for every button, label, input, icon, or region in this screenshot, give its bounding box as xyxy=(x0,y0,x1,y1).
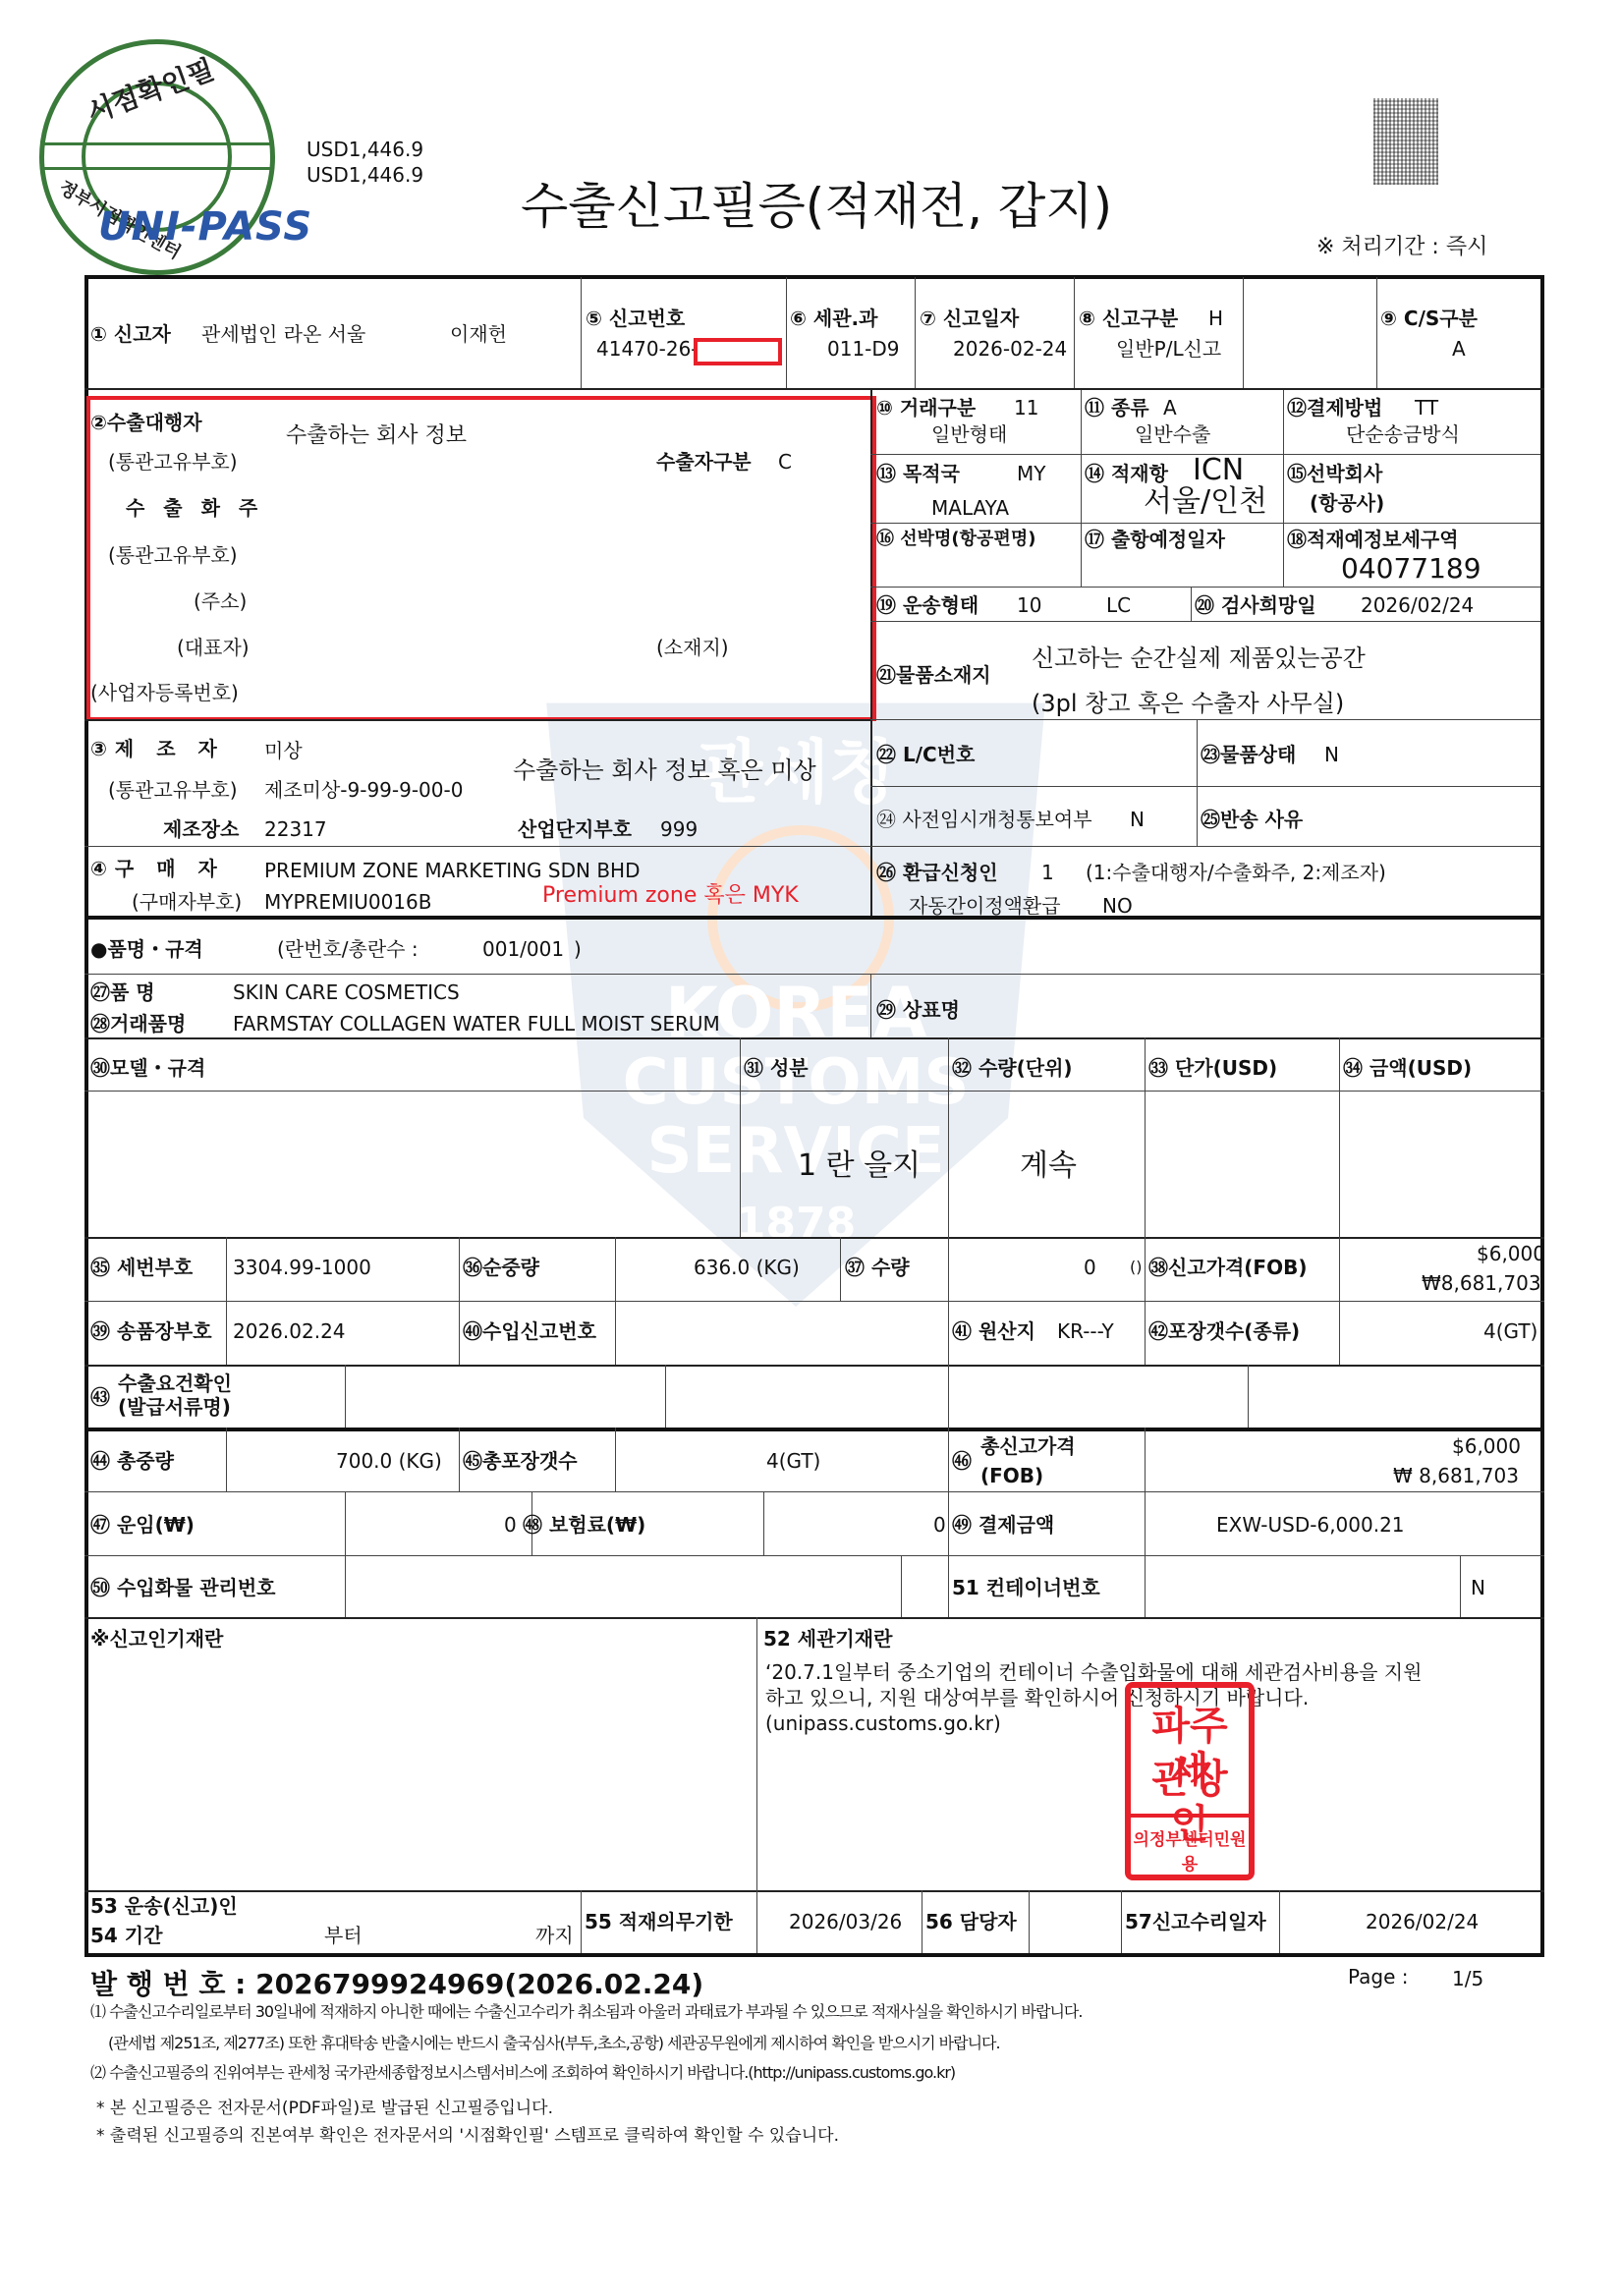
import-cargo-label: ㊿ 수입화물 관리번호 xyxy=(90,1576,276,1599)
note-2: ⑵ 수출신고필증의 진위여부는 관세청 국가관세종합정보시스템서비스에 조회하여… xyxy=(90,2061,955,2085)
cs-label: ⑨ C/S구분 xyxy=(1380,307,1478,330)
decl-no-label: ⑤ 신고번호 xyxy=(586,307,685,330)
decl-date-value: 2026-02-24 xyxy=(953,337,1067,361)
total-fob-krw: ₩ 8,681,703 xyxy=(1393,1464,1519,1487)
total-fob-label-2: (FOB) xyxy=(980,1464,1043,1487)
page-title: 수출신고필증(적재전, 갑지) xyxy=(521,177,1112,236)
gross-weight-label: ㊹ 총중량 xyxy=(90,1449,174,1473)
req-label-1: 수출요건확인 xyxy=(118,1372,232,1395)
item-section-label: ●품명・규격 xyxy=(90,937,203,961)
net-weight-label: ㊱순중량 xyxy=(463,1256,539,1279)
qty-unit: () xyxy=(1130,1256,1142,1279)
decl-type-code: H xyxy=(1208,307,1223,330)
hs-value: 3304.99-1000 xyxy=(233,1256,371,1279)
redacted-box xyxy=(694,338,782,365)
auto-refund-value: NO xyxy=(1102,894,1133,918)
unipass-logo: UNI-PASS xyxy=(98,204,312,250)
total-fob-label-1: 총신고가격 xyxy=(980,1434,1076,1458)
origin-label: ㊶ 원산지 xyxy=(952,1319,1035,1343)
continued-label-2: 계속 xyxy=(1020,1149,1077,1183)
cs-value: A xyxy=(1452,337,1466,361)
line-no-value: 001/001 xyxy=(482,937,564,961)
customs-remarks-link[interactable]: (unipass.customs.go.kr) xyxy=(765,1711,1001,1735)
port-code: ICN xyxy=(1193,454,1244,487)
settle-value: EXW-USD-6,000.21 xyxy=(1216,1513,1405,1537)
buyer-label: ④구 매 자 xyxy=(90,857,225,880)
line-no-label: (란번호/총란수 : xyxy=(277,937,419,961)
transport-label: ⑲ 운송형태 xyxy=(876,593,978,617)
goods-location-line2: (3pl 창고 혹은 수출자 사무실) xyxy=(1032,690,1344,717)
declarant-person: 이재헌 xyxy=(450,322,507,346)
amount-line-2: USD1,446.9 xyxy=(307,163,423,187)
owner-id-label: (통관고유부호) xyxy=(108,543,238,567)
qty-label: ㊲ 수량 xyxy=(845,1256,910,1279)
kind-value: 일반수출 xyxy=(1135,422,1210,446)
note-4: * 출력된 신고필증의 진본여부 확인은 전자문서의 '시점확인필' 스템프로 … xyxy=(96,2124,839,2148)
kind-label: ⑪ 종류 xyxy=(1085,396,1149,420)
accept-date-label: 57신고수리일자 xyxy=(1125,1910,1266,1933)
trade-type-value: 일반형태 xyxy=(931,422,1007,446)
payment-value: 단순송금방식 xyxy=(1346,422,1460,446)
carrier-label: 53 운송(신고)인 xyxy=(90,1894,238,1918)
bonded-value: 04077189 xyxy=(1341,553,1481,585)
manufacturer-place-value: 22317 xyxy=(264,817,327,841)
col-ingredient: ㉛ 성분 xyxy=(744,1056,809,1080)
inspect-label: ⑳ 검사희망일 xyxy=(1195,593,1316,617)
container-label: 51 컨테이너번호 xyxy=(952,1576,1100,1599)
fob-label: ㊳신고가격(FOB) xyxy=(1148,1256,1307,1279)
agent-note: 수출하는 회사 정보 xyxy=(286,424,467,448)
buyer-id-label: (구매자부호) xyxy=(132,890,242,914)
dest-label: ⑬ 목적국 xyxy=(876,462,960,485)
fob-krw: ₩8,681,703 xyxy=(1422,1271,1541,1295)
insurance-label: ㊽ 보험료(₩) xyxy=(523,1513,645,1537)
pkg-value: 4(GT) xyxy=(1483,1319,1537,1343)
decl-date-label: ⑦ 신고일자 xyxy=(920,307,1019,330)
qty-value: 0 xyxy=(1084,1256,1096,1279)
accept-date-value: 2026/02/24 xyxy=(1366,1910,1479,1933)
payment-code: TT xyxy=(1415,396,1438,420)
freight-value: 0 xyxy=(504,1513,517,1537)
inspect-value: 2026/02/24 xyxy=(1361,593,1474,617)
note-3: * 본 신고필증은 전자문서(PDF파일)로 발급된 신고필증입니다. xyxy=(96,2097,553,2120)
brand-label: ㉙ 상표명 xyxy=(876,998,960,1022)
total-fob-num: ㊻ xyxy=(952,1449,972,1473)
return-reason-label: ㉕반송 사유 xyxy=(1201,808,1303,831)
total-pkg-value: 4(GT) xyxy=(766,1449,820,1473)
goods-location-line1: 신고하는 순간실제 제품있는공간 xyxy=(1032,644,1366,672)
origin-value: KR---Y xyxy=(1057,1319,1114,1343)
settle-label: ㊾ 결제금액 xyxy=(952,1513,1054,1537)
total-pkg-label: ㊺총포장갯수 xyxy=(463,1449,578,1473)
manufacturer-id-value: 제조미상-9-99-9-00-0 xyxy=(264,778,463,802)
fob-usd: $6,000 xyxy=(1477,1242,1545,1265)
exporter-type-label: 수출자구분 xyxy=(656,450,752,474)
goods-state-label: ㉓물품상태 xyxy=(1201,743,1296,766)
hs-label: ㉟ 세번부호 xyxy=(90,1256,193,1279)
col-unit-price: ㉝ 단가(USD) xyxy=(1148,1056,1277,1080)
manufacturer-note: 수출하는 회사 정보 혹은 미상 xyxy=(513,756,816,784)
customs-remarks-label: 52 세관기재란 xyxy=(763,1627,892,1651)
bizno-label: (사업자등록번호) xyxy=(90,681,239,704)
insurance-value: 0 xyxy=(933,1513,946,1537)
deadline-label: 55 적재의무기한 xyxy=(585,1910,733,1933)
goods-location-label: ㉑물품소재지 xyxy=(876,663,991,687)
buyer-value: PREMIUM ZONE MARKETING SDN BHD xyxy=(264,859,641,882)
customs-seal-stamp: 파주세 관장인 의정부센터민원용 xyxy=(1125,1682,1255,1880)
page-value: 1/5 xyxy=(1452,1967,1483,1990)
refund-label: ㉖ 환급신청인 xyxy=(876,861,998,884)
col-quantity: ㉜ 수량(단위) xyxy=(952,1056,1073,1080)
kind-code: A xyxy=(1163,396,1177,420)
manufacturer-id-label: (통관고유부호) xyxy=(108,778,238,802)
buyer-id-value: MYPREMIU0016B xyxy=(264,890,431,914)
trade-type-code: 11 xyxy=(1014,396,1038,420)
req-num: ㊸ xyxy=(90,1385,110,1409)
pkg-label: ㊷포장갯수(종류) xyxy=(1148,1319,1300,1343)
refund-value: 1 xyxy=(1041,861,1054,884)
port-value: 서울/인천 xyxy=(1144,485,1267,519)
depart-label: ⑰ 출항예정일자 xyxy=(1085,528,1225,551)
continued-label: 1 란 을지 xyxy=(798,1149,921,1183)
decl-no-value: 41470-26- xyxy=(596,337,699,361)
freight-label: ㊼ 운임(₩) xyxy=(90,1513,195,1537)
dest-value: MALAYA xyxy=(931,496,1009,520)
watermark-text: 1878 xyxy=(531,1199,1061,1249)
decl-type-value: 일반P/L신고 xyxy=(1116,337,1221,361)
trade-name-value: FARMSTAY COLLAGEN WATER FULL MOIST SERUM xyxy=(233,1012,720,1036)
item-name-label: ㉗품 명 xyxy=(90,980,155,1004)
vessel-label: ⑯ 선박명(항공편명) xyxy=(876,528,1035,551)
customs-remarks-text-1: ‘20.7.1일부터 중소기업의 컨테이너 수출입화물에 대해 세관검사비용을 … xyxy=(765,1660,1422,1684)
customs-label: ⑥ 세관.과 xyxy=(790,307,877,330)
col-model: ㉚모델・규격 xyxy=(90,1056,205,1080)
goods-state-value: N xyxy=(1324,743,1339,766)
declarant-remarks-label: ※신고인기재란 xyxy=(90,1627,223,1651)
carrier-label: ⑮선박회사 xyxy=(1287,462,1382,485)
invoice-value: 2026.02.24 xyxy=(233,1319,346,1343)
invoice-label: ㊴ 송품장부호 xyxy=(90,1319,212,1343)
import-no-label: ㊵수입신고번호 xyxy=(463,1319,596,1343)
req-label-2: (발급서류명) xyxy=(118,1395,231,1419)
port-label: ⑭ 적재항 xyxy=(1085,462,1168,485)
address-label: (주소) xyxy=(194,589,247,613)
buyer-note: Premium zone 혹은 MYK xyxy=(542,884,799,908)
manufacturer-value: 미상 xyxy=(264,739,303,762)
location-label: (소재지) xyxy=(656,636,729,659)
line-no-close: ) xyxy=(574,937,582,961)
preopen-value: N xyxy=(1130,808,1145,831)
agent-label: ②수출대행자 xyxy=(90,411,202,434)
col-amount: ㉞ 금액(USD) xyxy=(1343,1056,1472,1080)
period-label: 54 기간 xyxy=(90,1924,162,1947)
manufacturer-place-label: 제조장소 xyxy=(163,817,239,841)
refund-note: (1:수출대행자/수출화주, 2:제조자) xyxy=(1086,861,1386,884)
issue-number: 발 행 번 호 : 2026799924969(2026.02.24) xyxy=(90,1969,703,2000)
total-fob-usd: $6,000 xyxy=(1452,1434,1521,1458)
trade-name-label: ㉘거래품명 xyxy=(90,1012,186,1036)
period-from: 부터 xyxy=(324,1924,363,1947)
declarant-label: ① 신고자 xyxy=(90,322,171,346)
transport-code: 10 xyxy=(1017,593,1041,617)
note-1: ⑴ 수출신고수리일로부터 30일내에 적재하지 아니한 때에는 수출신고수리가 … xyxy=(90,2000,1082,2024)
item-name-value: SKIN CARE COSMETICS xyxy=(233,980,460,1004)
trade-type-label: ⑩ 거래구분 xyxy=(876,396,976,420)
processing-period: ※ 처리기간 : 즉시 xyxy=(1316,236,1487,259)
customs-value: 011-D9 xyxy=(827,337,900,361)
transport-value: LC xyxy=(1106,593,1131,617)
gross-weight-value: 700.0 (KG) xyxy=(336,1449,442,1473)
preopen-label: ㉔ 사전임시개청통보여부 xyxy=(876,808,1092,831)
rep-label: (대표자) xyxy=(177,636,250,659)
note-1b: (관세법 제251조, 제277조) 또한 휴대탁송 반출시에는 반드시 출국심… xyxy=(108,2032,1000,2055)
exporter-type-value: C xyxy=(778,450,792,474)
industrial-code-value: 999 xyxy=(660,817,698,841)
lc-label: ㉒ L/C번호 xyxy=(876,743,975,766)
payment-label: ⑫결제방법 xyxy=(1287,396,1382,420)
dest-code: MY xyxy=(1017,462,1045,485)
stamp-text: 의정부센터민원용 xyxy=(1131,1825,1249,1875)
bonded-label: ⑱적재예정보세구역 xyxy=(1287,528,1459,551)
amount-line-1: USD1,446.9 xyxy=(307,138,423,161)
agent-id-label: (통관고유부호) xyxy=(108,450,238,474)
industrial-code-label: 산업단지부호 xyxy=(518,817,632,841)
watermark-text: SERVICE xyxy=(531,1115,1061,1188)
period-to: 까지 xyxy=(535,1924,574,1947)
carrier-sub: (항공사) xyxy=(1310,491,1384,515)
decl-type-label: ⑧ 신고구분 xyxy=(1079,307,1178,330)
net-weight-value: 636.0 (KG) xyxy=(694,1256,800,1279)
owner-label: 수 출 화 주 xyxy=(126,496,263,520)
container-value: N xyxy=(1471,1576,1485,1599)
deadline-value: 2026/03/26 xyxy=(789,1910,902,1933)
declarant-value: 관세법인 라온 서울 xyxy=(201,322,365,346)
officer-label: 56 담당자 xyxy=(925,1910,1017,1933)
page-label: Page : xyxy=(1348,1965,1409,1988)
manufacturer-label: ③제 조 자 xyxy=(90,737,225,760)
auto-refund-label: 자동간이정액환급 xyxy=(909,894,1061,918)
